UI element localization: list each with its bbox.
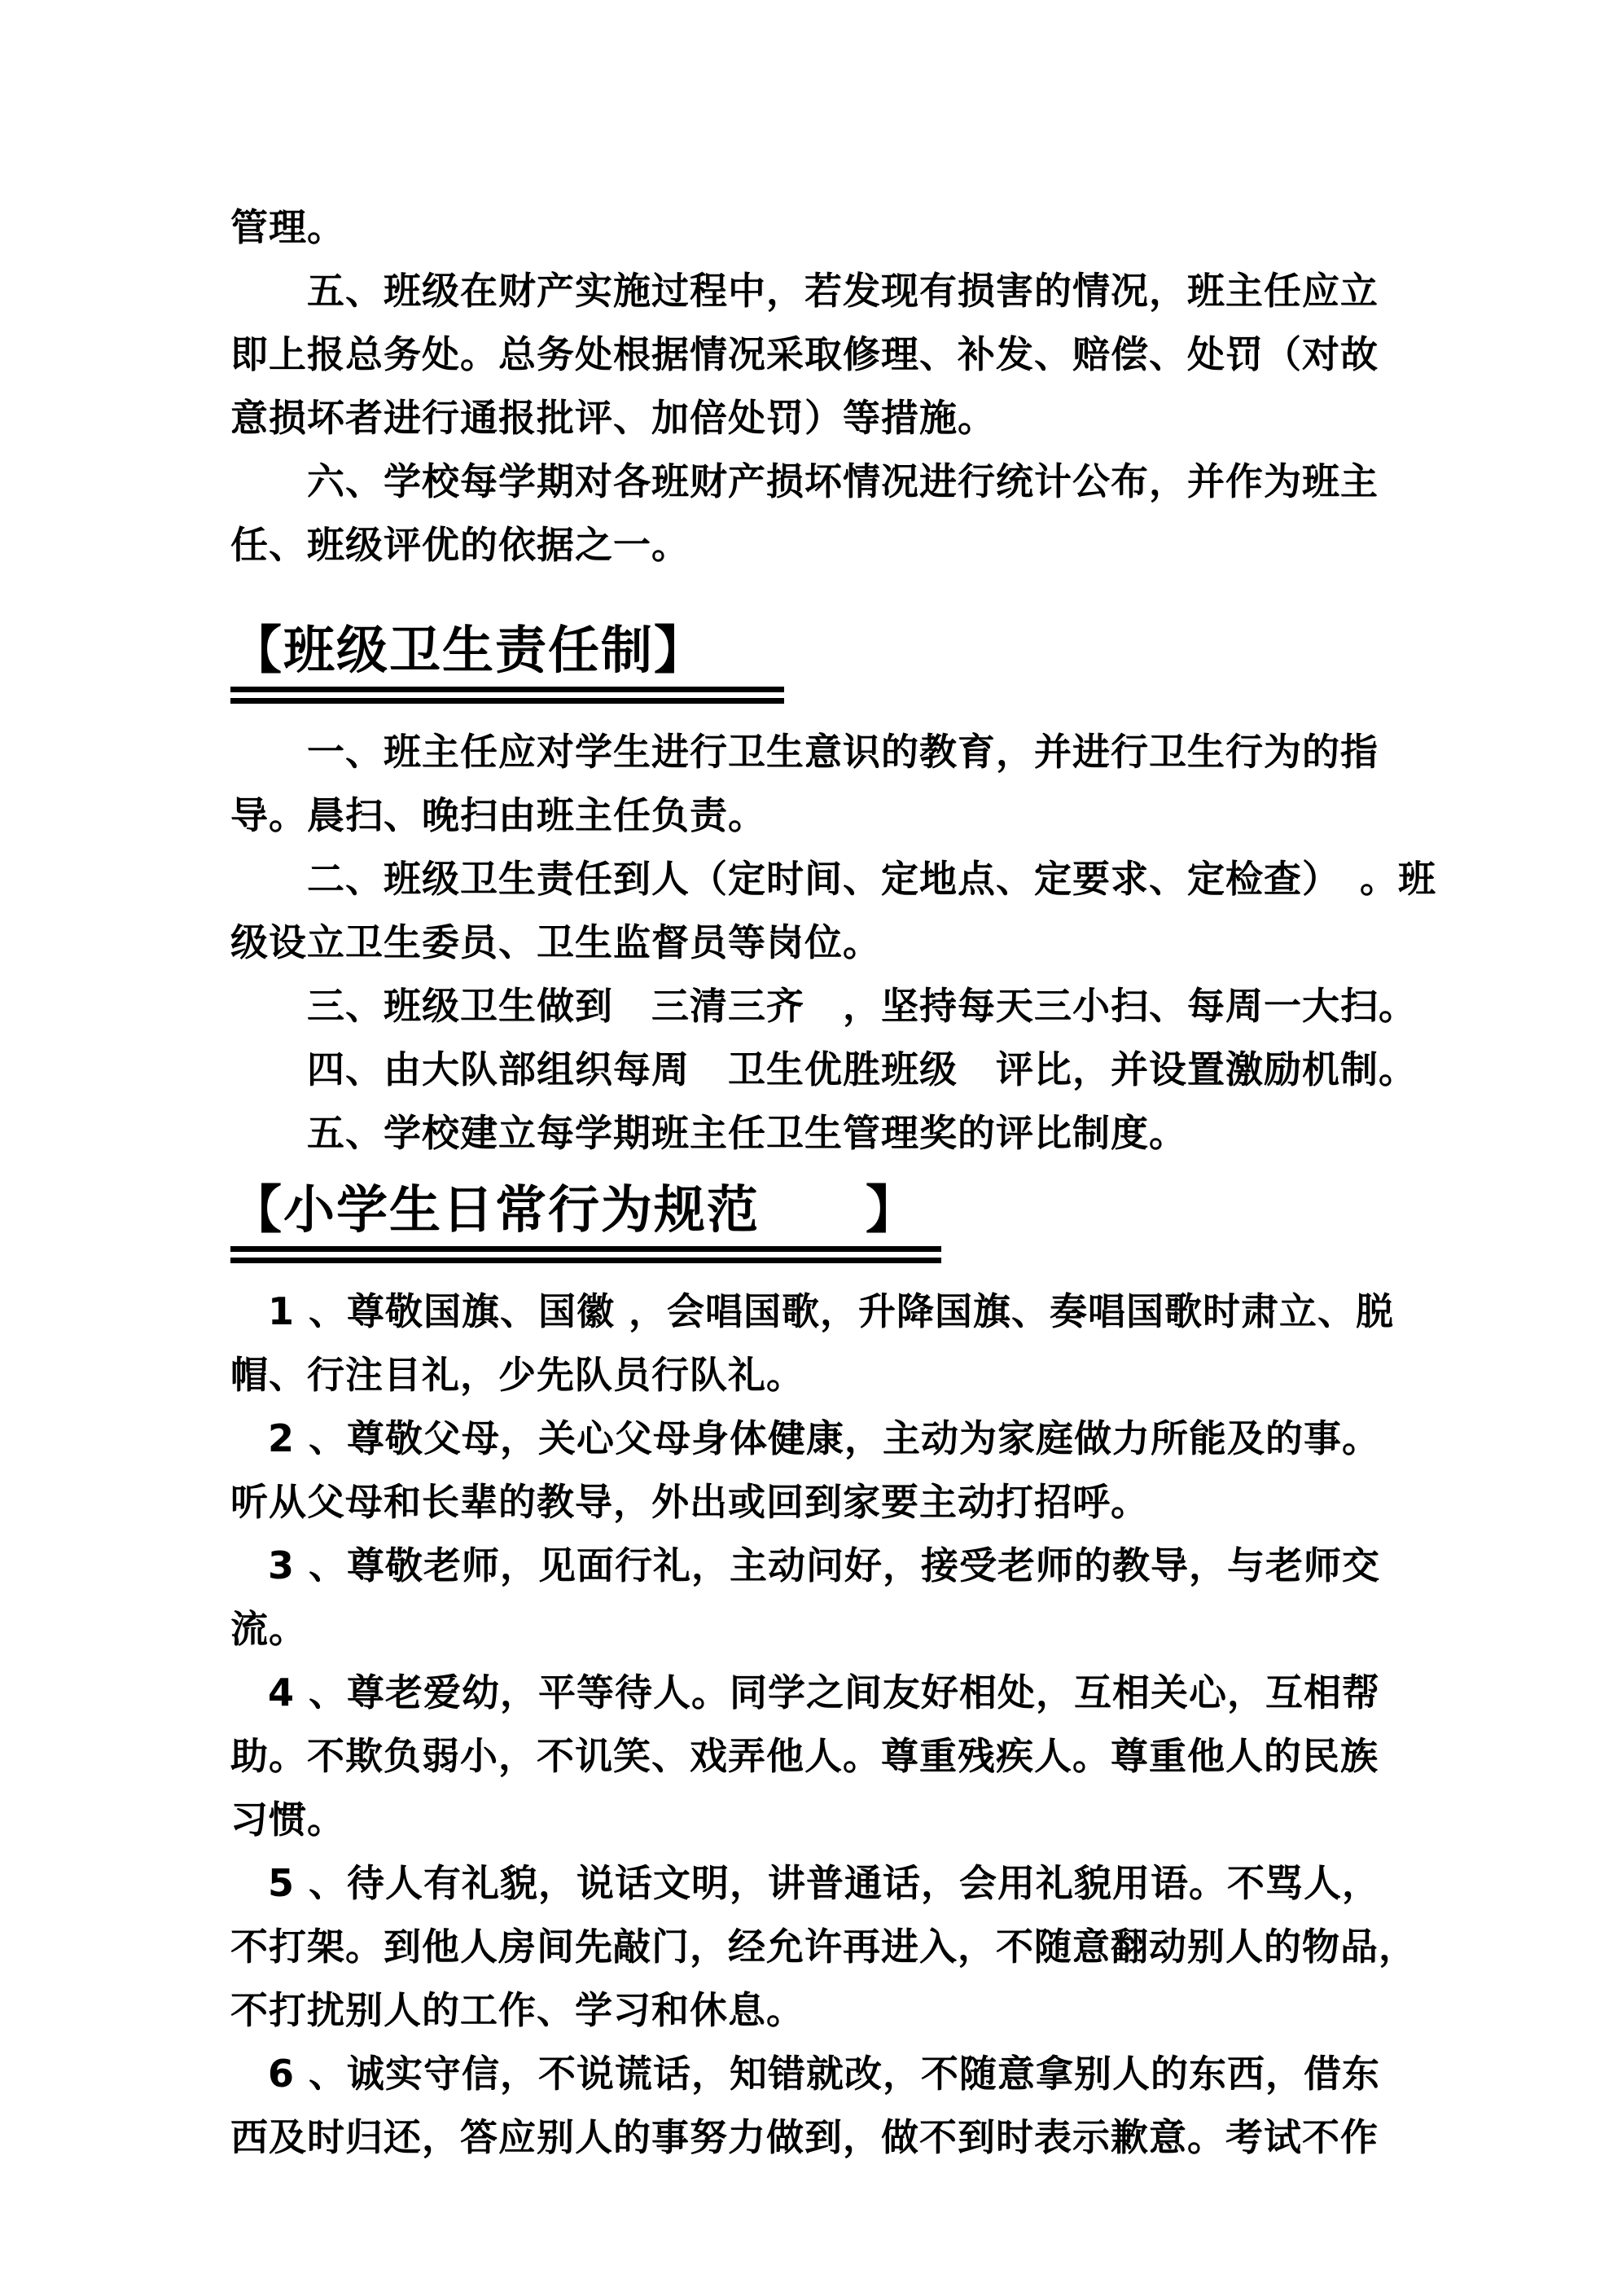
- text-line: 不打扰别人的工作、学习和休息。: [230, 1978, 1427, 2042]
- text-line: 意损坏者进行通报批评、加倍处罚）等措施。: [230, 386, 1427, 450]
- text-line: 4 、尊老爱幼，平等待人。同学之间友好相处，互相关心，互相帮: [230, 1661, 1427, 1724]
- text-line: 听从父母和长辈的教导，外出或回到家要主动打招呼。: [230, 1470, 1427, 1534]
- hygiene-section-heading: 【班级卫生责任制】: [230, 621, 784, 704]
- text-line: 导。晨扫、晚扫由班主任负责。: [230, 784, 1427, 847]
- text-line: 级设立卫生委员、卫生监督员等岗位。: [230, 911, 1427, 974]
- text-line: 2 、尊敬父母，关心父母身体健康，主动为家庭做力所能及的事。: [230, 1407, 1427, 1470]
- text-line: 二、班级卫生责任到人（定时间、定地点、定要求、定检查） 。班: [230, 847, 1427, 911]
- document-page: 管理。 五、班级在财产实施过程中，若发现有损害的情况，班主任应立 即上报总务处。…: [0, 0, 1622, 2296]
- text-line: 任、班级评优的依据之一。: [230, 513, 1427, 577]
- behavior-section-heading: 【小学生日常行为规范 】: [230, 1181, 941, 1263]
- text-line: 三、班级卫生做到 三清三齐 ，坚持每天三小扫、每周一大扫。: [230, 974, 1427, 1038]
- text-line: 四、由大队部组织每周 卫生优胜班级 评比，并设置激励机制。: [230, 1038, 1427, 1101]
- behavior-section-heading-row: 【小学生日常行为规范 】: [230, 1181, 1427, 1263]
- text-line: 6 、诚实守信，不说谎话，知错就改，不随意拿别人的东西，借东: [230, 2042, 1427, 2105]
- text-line: 流。: [230, 1597, 1427, 1661]
- text-line: 六、学校每学期对各班财产损坏情况进行统计公布，并作为班主: [230, 450, 1427, 513]
- text-line: 5 、待人有礼貌，说话文明，讲普通话，会用礼貌用语。不骂人，: [230, 1851, 1427, 1915]
- text-line: 习惯。: [230, 1788, 1427, 1851]
- text-line: 不打架。到他人房间先敲门，经允许再进入，不随意翻动别人的物品，: [230, 1915, 1427, 1978]
- hygiene-section-heading-row: 【班级卫生责任制】: [230, 621, 1427, 704]
- text-line: 帽、行注目礼，少先队员行队礼。: [230, 1343, 1427, 1407]
- text-line: 即上报总务处。总务处根据情况采取修理、补发、赔偿、处罚（对故: [230, 323, 1427, 386]
- text-line: 3 、尊敬老师，见面行礼，主动问好，接受老师的教导，与老师交: [230, 1534, 1427, 1597]
- text-line: 西及时归还，答应别人的事努力做到，做不到时表示歉意。考试不作: [230, 2105, 1427, 2169]
- text-line: 五、学校建立每学期班主任卫生管理奖的评比制度。: [230, 1101, 1427, 1165]
- text-line: 五、班级在财产实施过程中，若发现有损害的情况，班主任应立: [230, 259, 1427, 323]
- text-line: 一、班主任应对学生进行卫生意识的教育，并进行卫生行为的指: [230, 720, 1427, 784]
- text-line: 1 、尊敬国旗、国徽 ，会唱国歌，升降国旗、奏唱国歌时肃立、脱: [230, 1280, 1427, 1343]
- text-line: 助。不欺负弱小，不讥笑、戏弄他人。尊重残疾人。尊重他人的民族: [230, 1724, 1427, 1788]
- text-line: 管理。: [230, 195, 1427, 259]
